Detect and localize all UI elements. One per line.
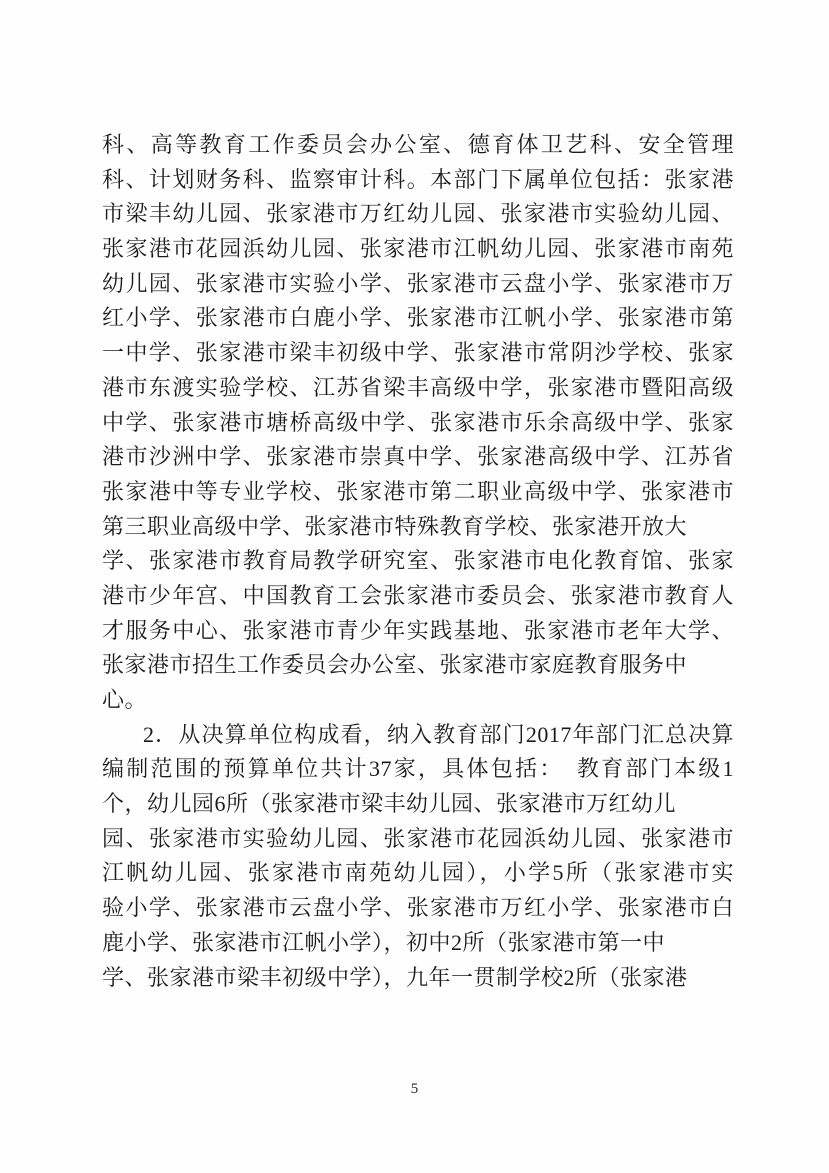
text-line: 港市东渡实验学校、江苏省梁丰高级中学，张家港市暨阳高级 — [102, 371, 734, 406]
page-footer: 5 — [0, 1080, 829, 1098]
text-line: 学、张家港市梁丰初级中学），九年一贯制学校2所（张家港 — [102, 961, 734, 996]
text-line: 中学、张家港市塘桥高级中学、张家港市乐余高级中学、张家 — [102, 406, 734, 441]
text-line: 学、张家港市教育局教学研究室、张家港市电化教育馆、张家 — [102, 544, 734, 579]
text-line: 红小学、张家港市白鹿小学、张家港市江帆小学、张家港市第 — [102, 301, 734, 336]
text-line: 心。 — [102, 683, 734, 718]
document-page: 科、高等教育工作委员会办公室、德育体卫艺科、安全管理 科、计划财务科、监察审计科… — [0, 0, 829, 1173]
text-line: 张家港市花园浜幼儿园、张家港市江帆幼儿园、张家港市南苑 — [102, 232, 734, 267]
page-number: 5 — [411, 1081, 419, 1097]
text-line: 江帆幼儿园、张家港市南苑幼儿园），小学5所（张家港市实 — [102, 856, 734, 891]
text-line: 编制范围的预算单位共计37家，具体包括： 教育部门本级1 — [102, 752, 734, 787]
text-line: 张家港市招生工作委员会办公室、张家港市家庭教育服务中 — [102, 648, 734, 683]
text-line: 张家港中等专业学校、张家港市第二职业高级中学、张家港市 — [102, 475, 734, 510]
text-line: 市梁丰幼儿园、张家港市万红幼儿园、张家港市实验幼儿园、 — [102, 197, 734, 232]
text-line: 幼儿园、张家港市实验小学、张家港市云盘小学、张家港市万 — [102, 267, 734, 302]
text-line: 科、计划财务科、监察审计科。本部门下属单位包括：张家港 — [102, 163, 734, 198]
text-line: 一中学、张家港市梁丰初级中学、张家港市常阴沙学校、张家 — [102, 336, 734, 371]
text-line: 鹿小学、张家港市江帆小学），初中2所（张家港市第一中 — [102, 926, 734, 961]
text-line: 2．从决算单位构成看，纳入教育部门2017年部门汇总决算 — [102, 718, 734, 753]
text-line: 第三职业高级中学、张家港市特殊教育学校、张家港开放大 — [102, 510, 734, 545]
text-line: 园、张家港市实验幼儿园、张家港市花园浜幼儿园、张家港市 — [102, 822, 734, 857]
text-line: 个，幼儿园6所（张家港市梁丰幼儿园、张家港市万红幼儿 — [102, 787, 734, 822]
text-line: 科、高等教育工作委员会办公室、德育体卫艺科、安全管理 — [102, 128, 734, 163]
text-line: 港市少年宫、中国教育工会张家港市委员会、张家港市教育人 — [102, 579, 734, 614]
text-line: 港市沙洲中学、张家港市崇真中学、张家港高级中学、江苏省 — [102, 440, 734, 475]
text-line: 才服务中心、张家港市青少年实践基地、张家港市老年大学、 — [102, 614, 734, 649]
text-line: 验小学、张家港市云盘小学、张家港市万红小学、张家港市白 — [102, 891, 734, 926]
body-text: 科、高等教育工作委员会办公室、德育体卫艺科、安全管理 科、计划财务科、监察审计科… — [102, 128, 734, 995]
